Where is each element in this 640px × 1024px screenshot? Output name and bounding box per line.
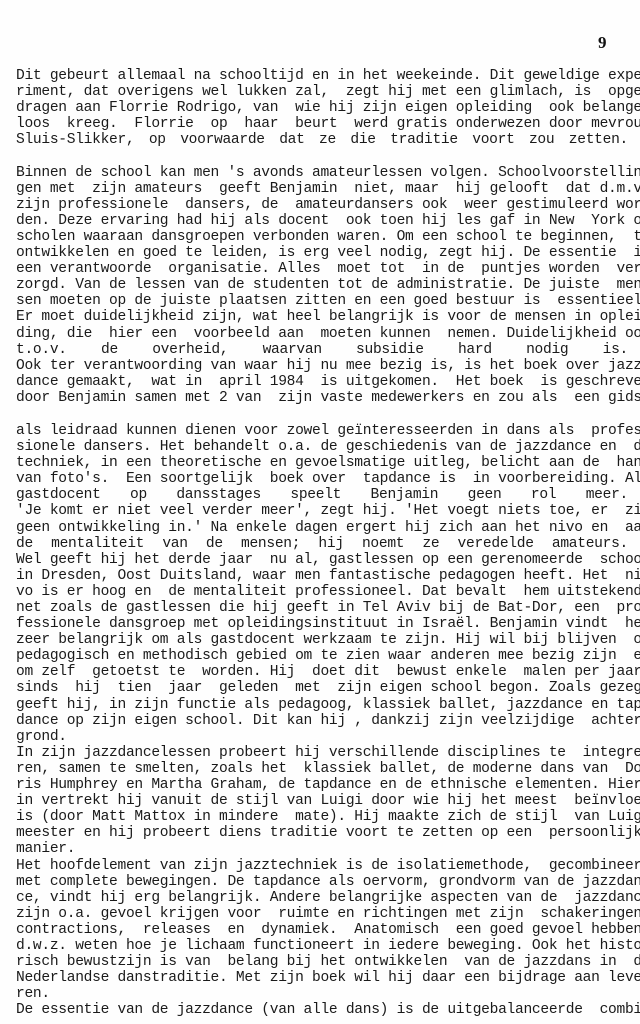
text-line: zeer belangrijk om als gastdocent werkza… <box>16 632 628 648</box>
text-line: risch bewustzijn is van belang bij het o… <box>16 954 628 970</box>
text-line: pedagogisch en methodisch gebied om te z… <box>16 648 628 664</box>
text-line: dance op zijn eigen school. Dit kan hij … <box>16 713 628 729</box>
text-line: loos kreeg. Florrie op haar beurt werd g… <box>16 116 628 132</box>
text-line: net zoals de gastlessen die hij geeft in… <box>16 600 628 616</box>
text-line: vo is er hoog en de mentaliteit professi… <box>16 584 628 600</box>
text-line: ding, die hier een voorbeeld aan moeten … <box>16 326 628 342</box>
text-line: grond. <box>16 729 628 745</box>
text-line: meester en hij probeert diens traditie v… <box>16 825 628 841</box>
text-line: Binnen de school kan men 's avonds amate… <box>16 165 628 181</box>
text-line: ren. <box>16 986 628 1002</box>
text-line: 'Je komt er niet veel verder meer', zegt… <box>16 503 628 519</box>
text-line: een verantwoorde organisatie. Alles moet… <box>16 261 628 277</box>
text-line: den. Deze ervaring had hij als docent oo… <box>16 213 628 229</box>
text-line: sinds hij tien jaar geleden met zijn eig… <box>16 680 628 696</box>
text-line: sionele dansers. Het behandelt o.a. de g… <box>16 439 628 455</box>
text-line: Dit gebeurt allemaal na schooltijd en in… <box>16 68 628 84</box>
text-line: de mentaliteit van de mensen; hij noemt … <box>16 536 628 552</box>
text-line: Wel geeft hij het derde jaar nu al, gast… <box>16 552 628 568</box>
text-line: in Dresden, Oost Duitsland, waar men fan… <box>16 568 628 584</box>
text-line: sen moeten op de juiste plaatsen zitten … <box>16 293 628 309</box>
text-line: zijn o.a. gevoel krijgen voor ruimte en … <box>16 906 628 922</box>
text-line: als leidraad kunnen dienen voor zowel ge… <box>16 423 628 439</box>
text-line: geeft hij, in zijn functie als pedagoog,… <box>16 697 628 713</box>
text-line: ris Humphrey en Martha Graham, de tapdan… <box>16 777 628 793</box>
text-line: geen ontwikkeling in.' Na enkele dagen e… <box>16 520 628 536</box>
text-line: in vertrekt hij vanuit de stijl van Luig… <box>16 793 628 809</box>
paragraph-gap <box>16 406 628 423</box>
text-line: is (door Matt Mattox in mindere mate). H… <box>16 809 628 825</box>
text-line: ren, samen te smelten, zoals het klassie… <box>16 761 628 777</box>
text-line: Er moet duidelijkheid zijn, wat heel bel… <box>16 309 628 325</box>
text-line: door Benjamin samen met 2 van zijn vaste… <box>16 390 628 406</box>
text-line: ontwikkelen en goed te leiden, is erg ve… <box>16 245 628 261</box>
paragraph-block-2: Binnen de school kan men 's avonds amate… <box>16 165 628 406</box>
text-line: De essentie van de jazzdance (van alle d… <box>16 1002 628 1018</box>
text-line: riment, dat overigens wel lukken zal, ze… <box>16 84 628 100</box>
text-line: ce, vindt hij erg belangrijk. Andere bel… <box>16 890 628 906</box>
text-line: d.w.z. weten hoe je lichaam functioneert… <box>16 938 628 954</box>
text-line: Het hoofdelement van zijn jazztechniek i… <box>16 858 628 874</box>
text-line: zorgd. Van de lessen van de studenten to… <box>16 277 628 293</box>
paragraph-gap <box>16 148 628 164</box>
text-line: contractions, releases en dynamiek. Anat… <box>16 922 628 938</box>
text-line: manier. <box>16 841 628 857</box>
text-line: techniek, in een theoretische en gevoels… <box>16 455 628 471</box>
paragraph-block-1: Dit gebeurt allemaal na schooltijd en in… <box>16 68 628 148</box>
text-line: gastdocent op dansstages speelt Benjamin… <box>16 487 628 503</box>
text-line: scholen waaraan dansgroepen verbonden wa… <box>16 229 628 245</box>
text-line: Nederlandse danstraditie. Met zijn boek … <box>16 970 628 986</box>
text-line: In zijn jazzdancelessen probeert hij ver… <box>16 745 628 761</box>
text-line: dragen aan Florrie Rodrigo, van wie hij … <box>16 100 628 116</box>
text-line: t.o.v. de overheid, waarvan subsidie har… <box>16 342 628 358</box>
text-line: gen met zijn amateurs geeft Benjamin nie… <box>16 181 628 197</box>
page-number: 9 <box>598 33 607 53</box>
text-line: zijn professionele dansers, de amateurda… <box>16 197 628 213</box>
text-line: Sluis-Slikker, op voorwaarde dat ze die … <box>16 132 628 148</box>
paragraph-block-3: als leidraad kunnen dienen voor zowel ge… <box>16 423 628 1018</box>
text-line: Ook ter verantwoording van waar hij nu m… <box>16 358 628 374</box>
text-line: fessionele dansgroep met opleidingsinsti… <box>16 616 628 632</box>
text-line: om zelf getoetst te worden. Hij doet dit… <box>16 664 628 680</box>
document-page: 9 Dit gebeurt allemaal na schooltijd en … <box>0 0 640 1024</box>
body-text: Dit gebeurt allemaal na schooltijd en in… <box>16 68 628 1018</box>
text-line: dance gemaakt, wat in april 1984 is uitg… <box>16 374 628 390</box>
text-line: van foto's. Een soortgelijk boek over ta… <box>16 471 628 487</box>
text-line: met complete bewegingen. De tapdance als… <box>16 874 628 890</box>
